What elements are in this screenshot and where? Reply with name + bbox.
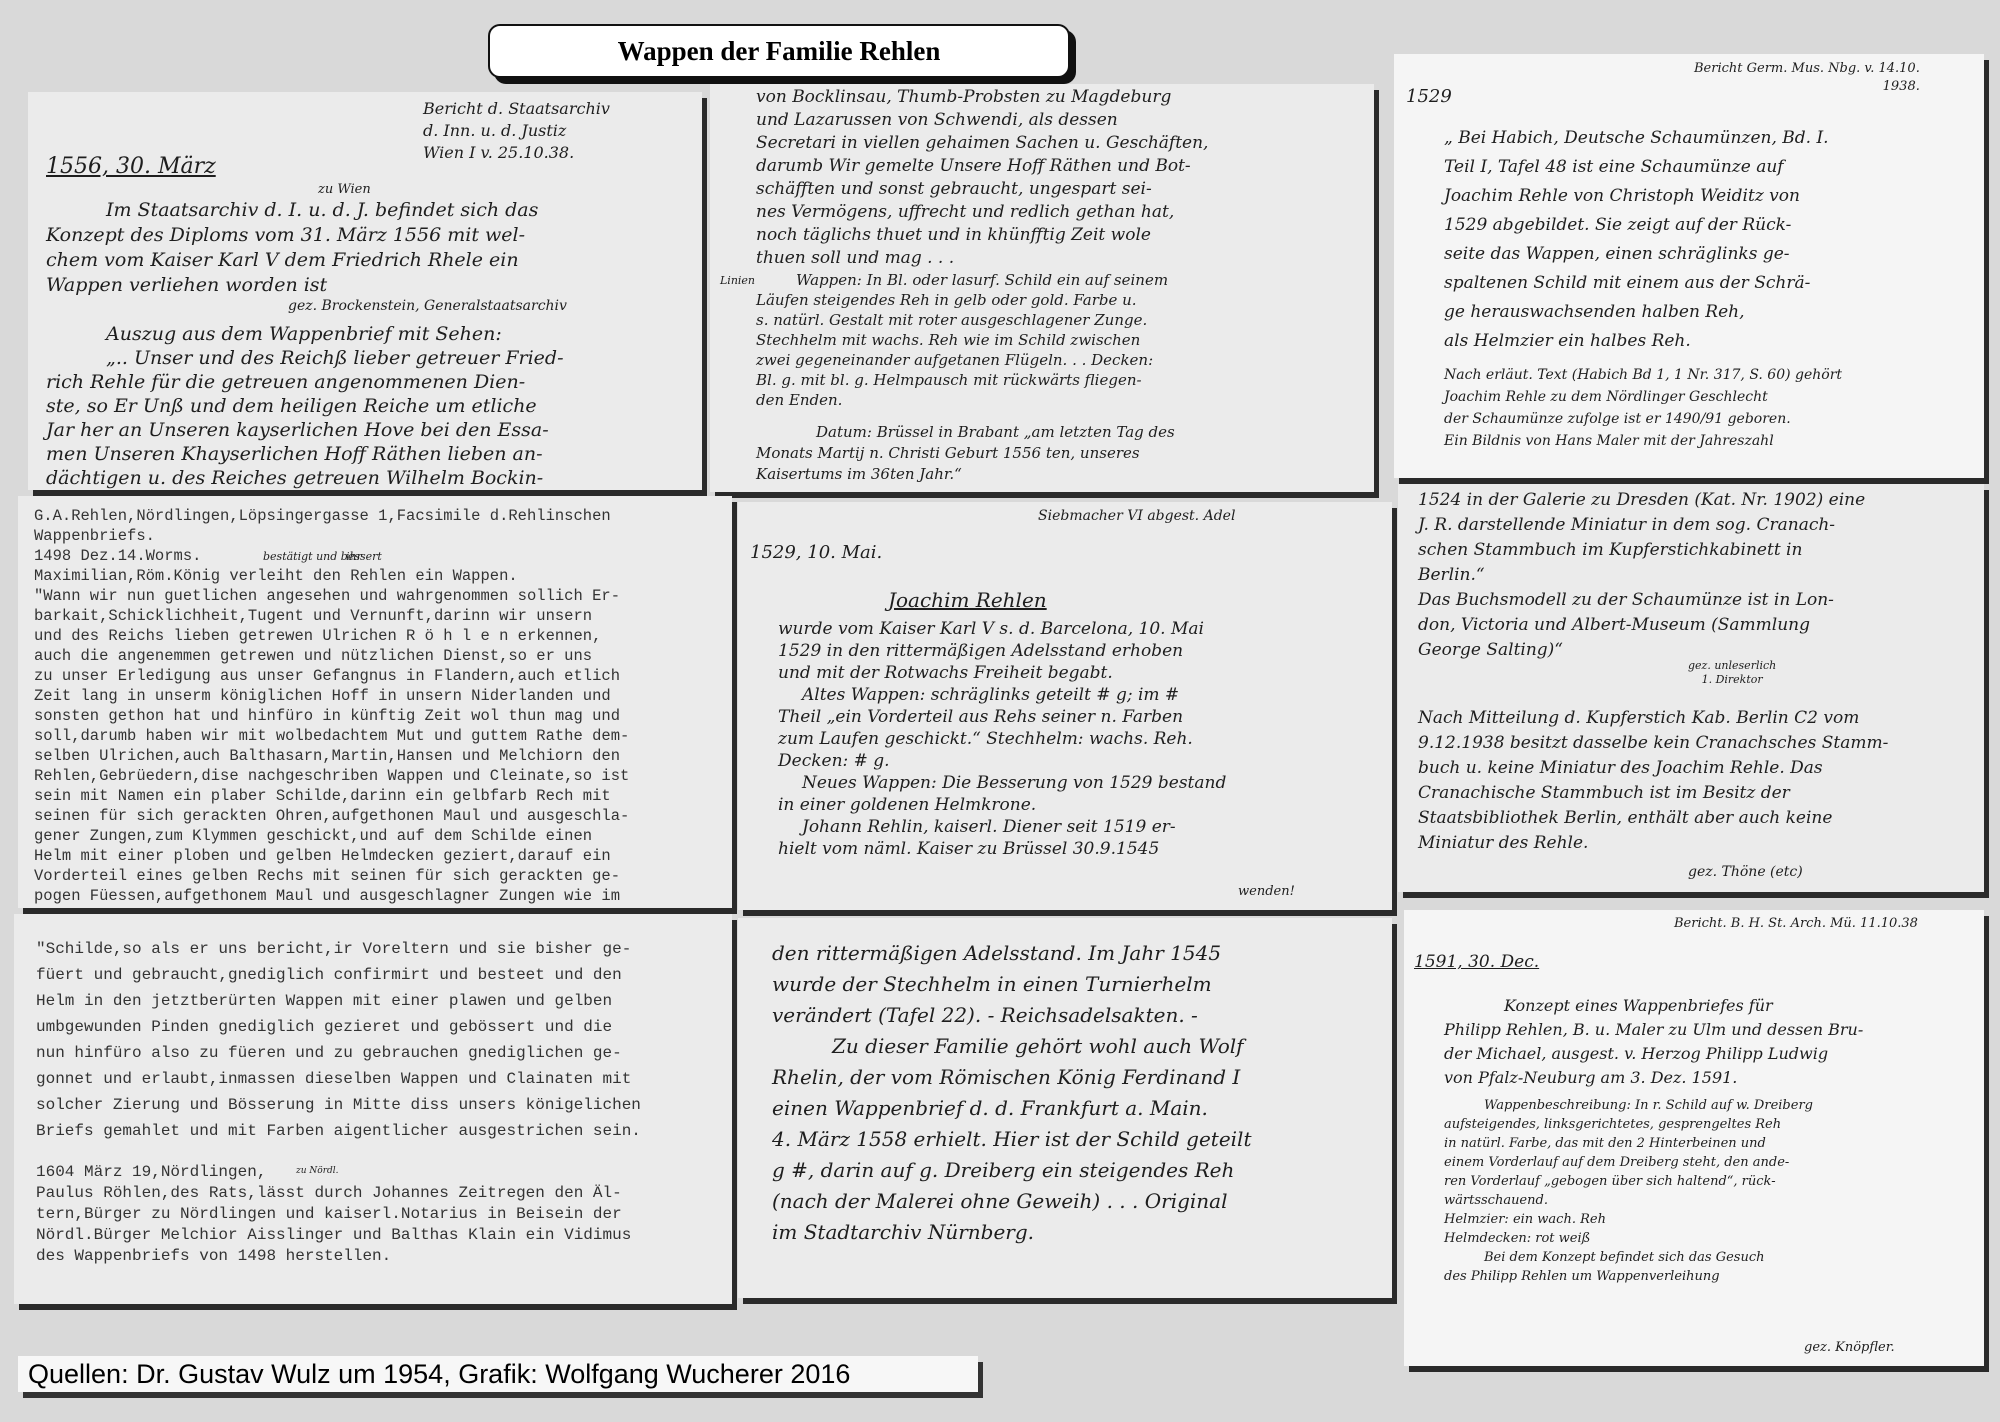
signature: gez. unleserlich 1. Direktor — [1688, 659, 1776, 687]
document-card-1529-medal: Bericht Germ. Mus. Nbg. v. 14.10. 1938. … — [1394, 54, 1984, 478]
document-card-1604-typed: "Schilde,so als er uns bericht,ir Vorelt… — [14, 914, 732, 1304]
entry-heading: Joachim Rehlen — [888, 588, 1047, 612]
signature: gez. Thöne (etc) — [1688, 864, 1803, 880]
margin-note: Linien — [720, 274, 755, 287]
entry-body: von Bocklinsau, Thumb-Probsten zu Magdeb… — [756, 86, 1208, 270]
entry-body: den rittermäßigen Adelsstand. Im Jahr 15… — [772, 938, 1252, 1248]
entry-1604: 1604 März 19,Nördlingen, Paulus Röhlen,d… — [36, 1162, 631, 1267]
date-note: Datum: Brüssel in Brabant „am letzten Ta… — [756, 422, 1175, 485]
document-card-continuation-1556: von Bocklinsau, Thumb-Probsten zu Magdeb… — [710, 84, 1374, 492]
entry-body: G.A.Rehlen,Nördlingen,Löpsingergasse 1,F… — [34, 506, 629, 906]
notice: Nach Mitteilung d. Kupferstich Kab. Berl… — [1418, 706, 1888, 856]
signature: gez. Brockenstein, Generalstaatsarchiv — [288, 298, 567, 314]
excerpt: Auszug aus dem Wappenbrief mit Sehen: „.… — [46, 322, 564, 490]
document-card-dresden-berlin: 1524 in der Galerie zu Dresden (Kat. Nr.… — [1398, 484, 1984, 892]
archive-note: Bericht. B. H. St. Arch. Mü. 11.10.38 — [1674, 916, 1918, 931]
explanation: Nach erläut. Text (Habich Bd 1, 1 Nr. 31… — [1444, 364, 1842, 452]
archive-note: Bericht Germ. Mus. Nbg. v. 14.10. 1938. — [1694, 60, 1920, 96]
document-card-wolf-rhelin: den rittermäßigen Adelsstand. Im Jahr 15… — [738, 918, 1392, 1298]
entry-body: Im Staatsarchiv d. I. u. d. J. befindet … — [46, 198, 538, 298]
document-card-1529-joachim: Siebmacher VI abgest. Adel 1529, 10. Mai… — [738, 502, 1392, 910]
page-title: Wappen der Familie Rehlen — [488, 24, 1070, 78]
entry-body: 1524 in der Galerie zu Dresden (Kat. Nr.… — [1418, 488, 1865, 663]
coat-of-arms-description: Wappenbeschreibung: In r. Schild auf w. … — [1444, 1096, 1813, 1286]
entry-body: wurde vom Kaiser Karl V s. d. Barcelona,… — [778, 618, 1226, 860]
document-card-1556: Bericht d. Staatsarchiv d. Inn. u. d. Ju… — [28, 92, 702, 490]
entry-year: 1529 — [1406, 86, 1452, 107]
signature: gez. Knöpfler. — [1804, 1340, 1895, 1355]
entry-date: 1556, 30. März — [46, 154, 216, 179]
entry-date: 1529, 10. Mai. — [750, 542, 882, 563]
entry-body: Konzept eines Wappenbriefes für Philipp … — [1444, 994, 1863, 1090]
document-card-1498-typed: bestätigt und bessert ihr G.A.Rehlen,Nör… — [18, 496, 732, 908]
document-card-1591: Bericht. B. H. St. Arch. Mü. 11.10.38 15… — [1404, 910, 1984, 1366]
coat-of-arms-description: Wappen: In Bl. oder lasurf. Schild ein a… — [756, 270, 1168, 410]
archive-note: Bericht d. Staatsarchiv d. Inn. u. d. Ju… — [423, 98, 610, 164]
source-note: Siebmacher VI abgest. Adel — [1038, 508, 1235, 524]
entry-body: „ Bei Habich, Deutsche Schaumünzen, Bd. … — [1444, 124, 1829, 356]
turn-over-note: wenden! — [1238, 884, 1295, 899]
entry-body: "Schilde,so als er uns bericht,ir Vorelt… — [36, 936, 641, 1144]
sources-caption: Quellen: Dr. Gustav Wulz um 1954, Grafik… — [18, 1356, 978, 1392]
insert-note: zu Wien — [318, 182, 371, 197]
entry-date: 1591, 30. Dec. — [1414, 952, 1539, 972]
